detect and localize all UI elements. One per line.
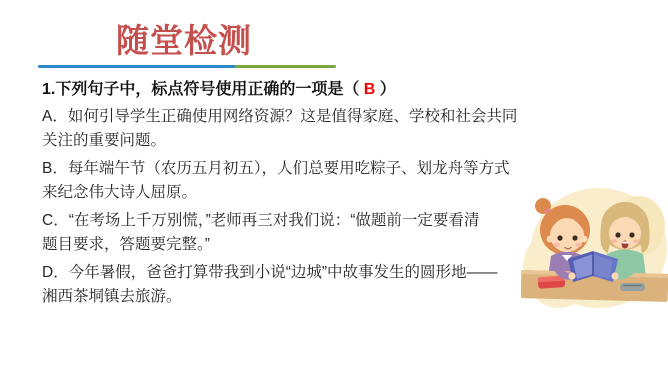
question-prefix: 1.下列句子中，标点符号使用正确的一项是（ bbox=[42, 81, 364, 98]
question-suffix: ） bbox=[375, 81, 395, 98]
title-underline-blue-segment bbox=[38, 65, 235, 68]
title-underline bbox=[38, 65, 336, 68]
slide-canvas: 随堂检测 1.下列句子中，标点符号使用正确的一项是（ B ） A．如何引导学生正… bbox=[0, 0, 668, 376]
answer-value: B bbox=[364, 81, 376, 98]
option-b: B．每年端午节（农历五月初五），人们总要用吃粽子、划龙舟等方式 来纪念伟大诗人屈… bbox=[42, 157, 602, 205]
title-underline-green-segment bbox=[235, 65, 336, 68]
page-title: 随堂检测 bbox=[116, 20, 252, 61]
option-c: C．“在考场上千万别慌，”老师再三对我们说：“做题前一定要看清 题目要求，答题要… bbox=[42, 209, 602, 257]
option-c-line-2: 题目要求，答题要完整。” bbox=[42, 233, 602, 257]
question-line: 1.下列句子中，标点符号使用正确的一项是（ B ） bbox=[42, 77, 602, 102]
option-a-line-2: 关注的重要问题。 bbox=[42, 129, 602, 153]
option-b-line-2: 来纪念伟大诗人屈原。 bbox=[42, 181, 602, 205]
option-c-line-1: C．“在考场上千万别慌，”老师再三对我们说：“做题前一定要看清 bbox=[42, 209, 602, 233]
option-d-line-1: D．今年暑假，爸爸打算带我到小说“边城”中故事发生的圆形地—— bbox=[42, 261, 602, 285]
option-d: D．今年暑假，爸爸打算带我到小说“边城”中故事发生的圆形地—— 湘西茶垌镇去旅游… bbox=[42, 261, 602, 309]
children-reading-illustration bbox=[521, 186, 668, 316]
option-a: A．如何引导学生正确使用网络资源？这是值得家庭、学校和社会共同 关注的重要问题。 bbox=[42, 105, 602, 153]
option-b-line-1: B．每年端午节（农历五月初五），人们总要用吃粽子、划龙舟等方式 bbox=[42, 157, 602, 181]
option-a-line-1: A．如何引导学生正确使用网络资源？这是值得家庭、学校和社会共同 bbox=[42, 105, 602, 129]
question-block: 1.下列句子中，标点符号使用正确的一项是（ B ） A．如何引导学生正确使用网络… bbox=[42, 77, 602, 313]
option-d-line-2: 湘西茶垌镇去旅游。 bbox=[42, 285, 602, 309]
